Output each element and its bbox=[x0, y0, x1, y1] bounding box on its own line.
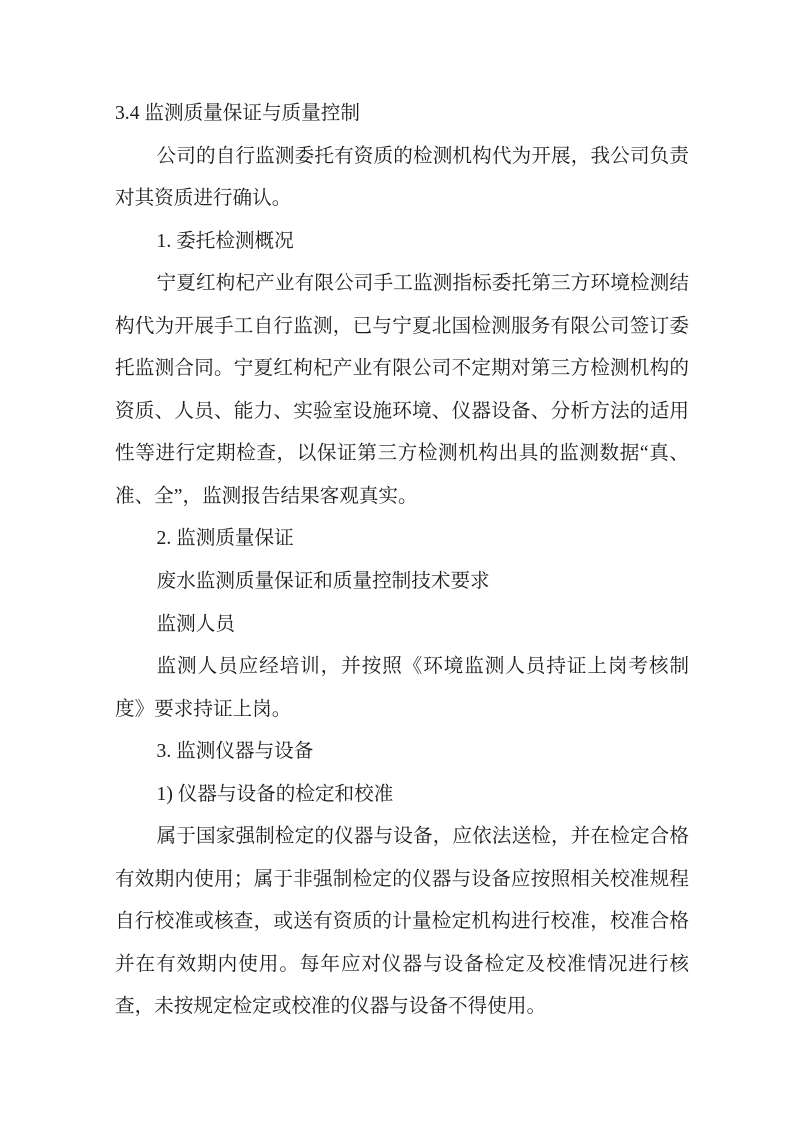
paragraph-commission-intro: 公司的自行监测委托有资质的检测机构代为开展，我公司负责对其资质进行确认。 bbox=[115, 136, 689, 221]
document-page: 3.4 监测质量保证与质量控制 公司的自行监测委托有资质的检测机构代为开展，我公… bbox=[0, 0, 800, 1131]
section-heading-3-4: 3.4 监测质量保证与质量控制 bbox=[115, 93, 689, 136]
paragraph-wastewater-qa-requirements: 废水监测质量保证和质量控制技术要求 bbox=[115, 561, 689, 604]
sub-heading-1-commissioned-testing: 1. 委托检测概况 bbox=[115, 221, 689, 264]
document-content: 3.4 监测质量保证与质量控制 公司的自行监测委托有资质的检测机构代为开展，我公… bbox=[115, 93, 689, 1029]
paragraph-monitoring-personnel-label: 监测人员 bbox=[115, 604, 689, 647]
sub-heading-3-instruments-equipment: 3. 监测仪器与设备 bbox=[115, 731, 689, 774]
paragraph-personnel-training: 监测人员应经培训，并按照《环境监测人员持证上岗考核制度》要求持证上岗。 bbox=[115, 646, 689, 731]
sub-heading-2-quality-assurance: 2. 监测质量保证 bbox=[115, 518, 689, 561]
paragraph-verification-calibration-detail: 属于国家强制检定的仪器与设备，应依法送检，并在检定合格有效期内使用；属于非强制检… bbox=[115, 816, 689, 1029]
paragraph-commissioned-testing-detail: 宁夏红枸杞产业有限公司手工监测指标委托第三方环境检测结构代为开展手工自行监测，已… bbox=[115, 263, 689, 518]
sub-heading-3-1-verification-calibration: 1) 仪器与设备的检定和校准 bbox=[115, 774, 689, 817]
